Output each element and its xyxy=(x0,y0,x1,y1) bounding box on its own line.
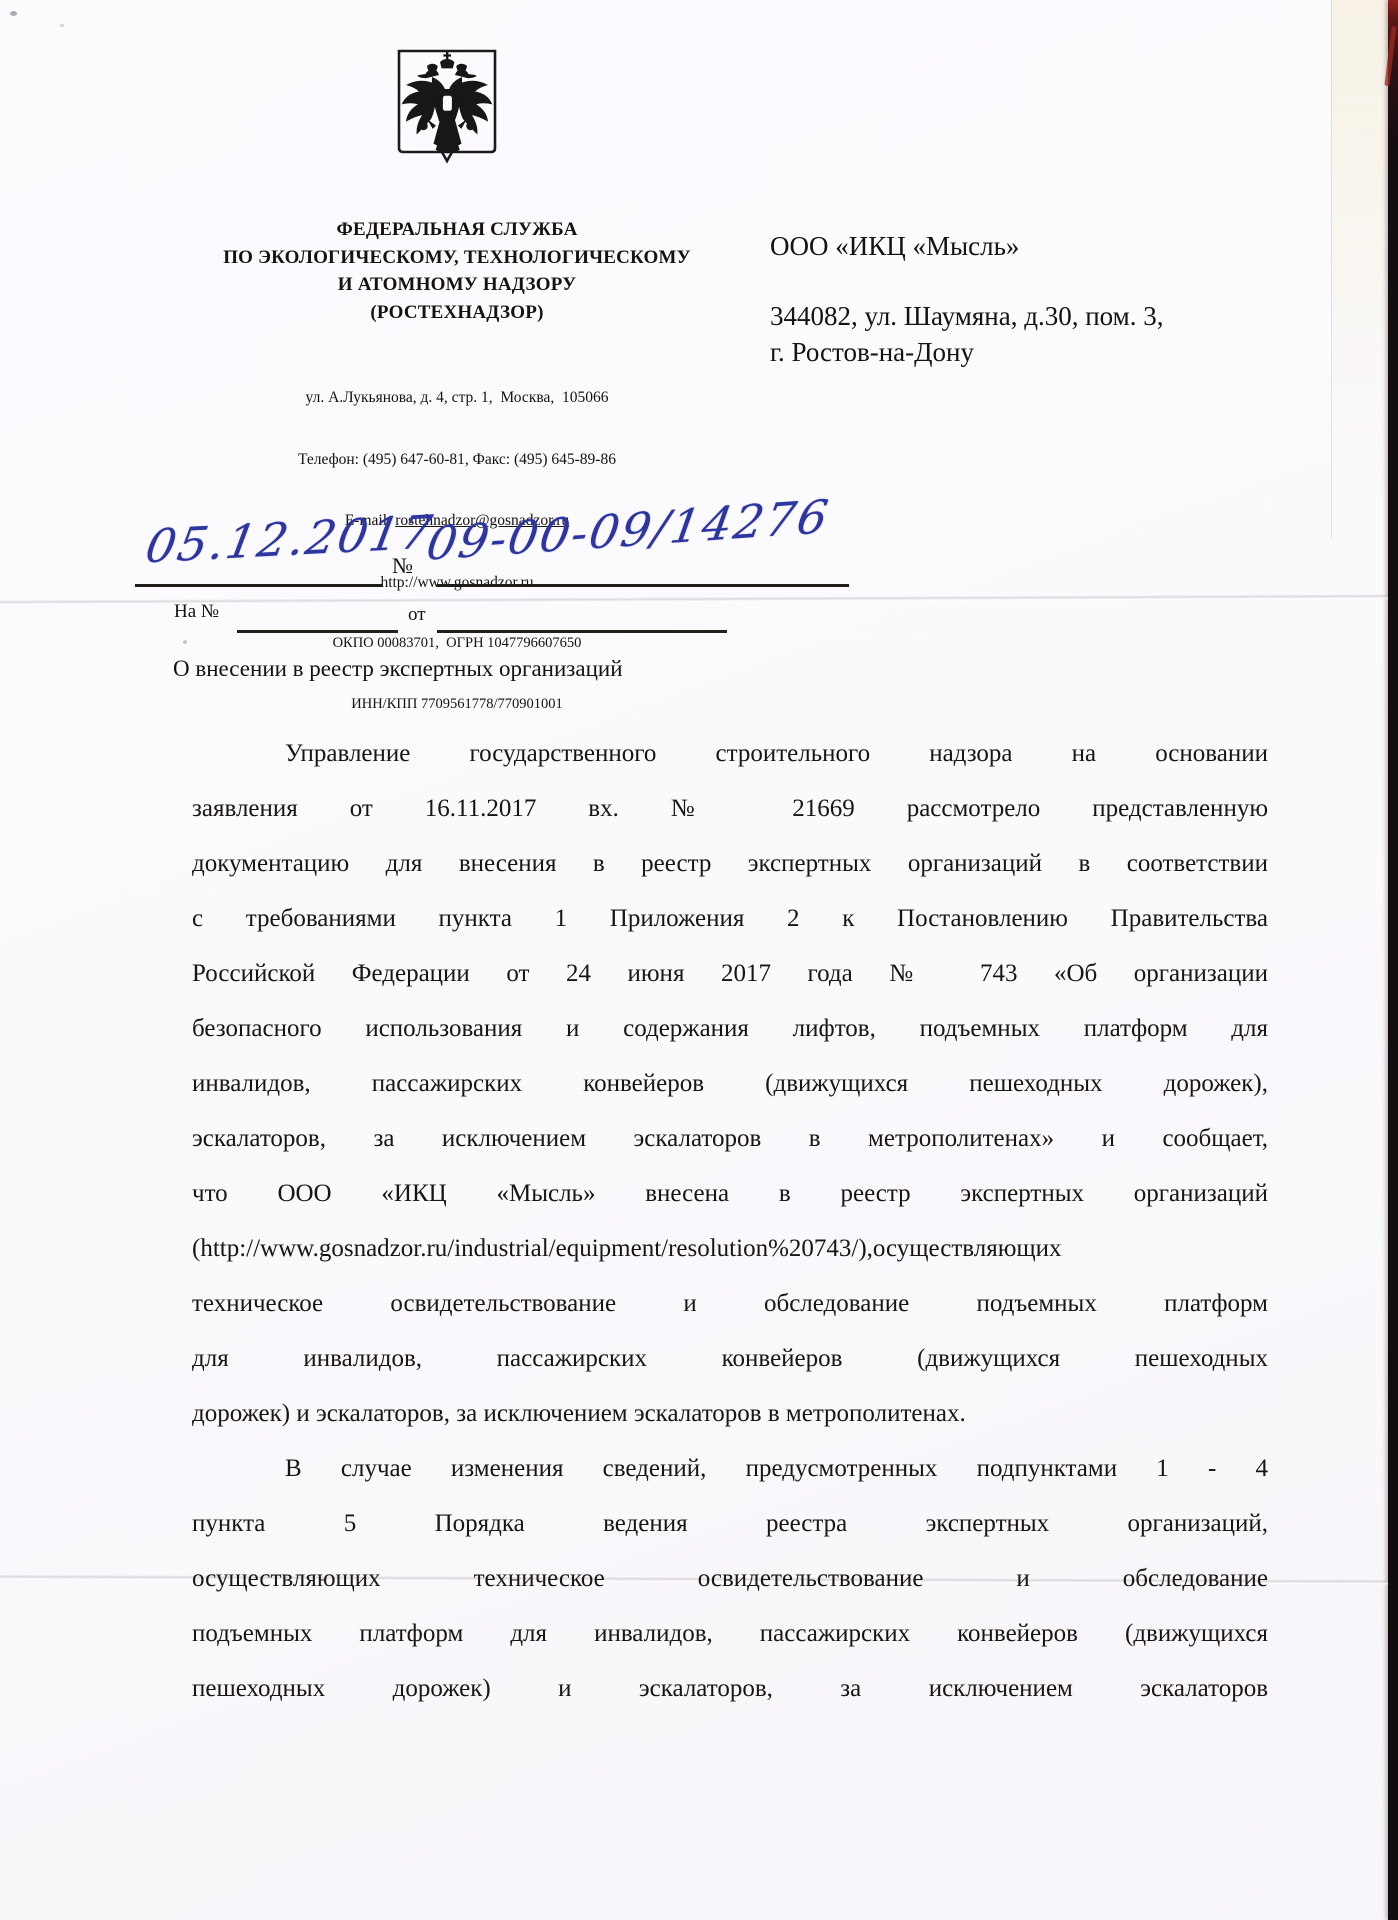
body-line: для инвалидов, пассажирских конвейеров (… xyxy=(192,1331,1268,1386)
body-line: В случае изменения сведений, предусмотре… xyxy=(192,1441,1268,1496)
body-line: осуществляющих техническое освидетельств… xyxy=(192,1551,1268,1606)
body-line: (http://www.gosnadzor.ru/industrial/equi… xyxy=(192,1221,1268,1276)
body-line: инвалидов, пассажирских конвейеров (движ… xyxy=(192,1056,1268,1111)
date-underline xyxy=(135,584,383,587)
agency-name-line: ПО ЭКОЛОГИЧЕСКОМУ, ТЕХНОЛОГИЧЕСКОМУ xyxy=(177,244,737,272)
scan-speck xyxy=(10,11,17,16)
body-line: техническое освидетельствование и обслед… xyxy=(192,1276,1268,1331)
agency-name-line: ФЕДЕРАЛЬНАЯ СЛУЖБА xyxy=(177,216,737,244)
agency-website: http://www.gosnadzor.ru xyxy=(177,573,737,594)
body-line: безопасного использования и содержания л… xyxy=(192,1001,1268,1056)
scan-speck xyxy=(60,24,64,27)
agency-address: ул. А.Лукьянова, д. 4, стр. 1, Москва, 1… xyxy=(177,388,737,409)
coat-of-arms-eagle-icon xyxy=(394,48,500,172)
body-line: что ООО «ИКЦ «Мысль» внесена в реестр эк… xyxy=(192,1166,1268,1221)
reply-to-number-label: На № xyxy=(174,601,219,623)
reply-from-label: от xyxy=(408,604,426,626)
reply-date-blank-line xyxy=(437,630,727,633)
recipient-name: ООО «ИКЦ «Мысль» xyxy=(770,231,1240,262)
body-line: дорожек) и эскалаторов, за исключением э… xyxy=(192,1386,1268,1441)
recipient-address-line: 344082, ул. Шаумяна, д.30, пом. 3, xyxy=(770,298,1240,334)
body-line: с требованиями пункта 1 Приложения 2 к П… xyxy=(192,891,1268,946)
recipient-city: г. Ростов-на-Дону xyxy=(770,334,1240,370)
letter-body: Управление государственного строительног… xyxy=(192,726,1268,1716)
number-underline xyxy=(437,584,849,587)
scan-edge-shadow xyxy=(1388,0,1398,1920)
recipient-block: ООО «ИКЦ «Мысль» 344082, ул. Шаумяна, д.… xyxy=(770,231,1240,370)
body-line: подъемных платформ для инвалидов, пассаж… xyxy=(192,1606,1268,1661)
body-line: документацию для внесения в реестр экспе… xyxy=(192,836,1268,891)
body-line: Управление государственного строительног… xyxy=(192,726,1268,781)
body-line: эскалаторов, за исключением эскалаторов … xyxy=(192,1111,1268,1166)
agency-name-line: И АТОМНОМУ НАДЗОРУ xyxy=(177,271,737,299)
agency-okpo-ogrn: ОКПО 00083701, ОГРН 1047796607650 xyxy=(177,634,737,654)
agency-short-name: (РОСТЕХНАДЗОР) xyxy=(177,299,737,327)
body-line: пункта 5 Порядка ведения реестра эксперт… xyxy=(192,1496,1268,1551)
reply-number-blank-line xyxy=(237,630,398,633)
agency-phone-fax: Телефон: (495) 647-60-81, Факс: (495) 64… xyxy=(177,450,737,471)
body-line: заявления от 16.11.2017 вх. № 21669 расс… xyxy=(192,781,1268,836)
body-line: Российской Федерации от 24 июня 2017 год… xyxy=(192,946,1268,1001)
paper-edge-band xyxy=(1331,0,1388,540)
body-line: пешеходных дорожек) и эскалаторов, за ис… xyxy=(192,1661,1268,1716)
letter-subject: О внесении в реестр экспертных организац… xyxy=(173,656,623,682)
agency-inn-kpp: ИНН/КПП 7709561778/770901001 xyxy=(177,695,737,715)
scanned-letter-page: ФЕДЕРАЛЬНАЯ СЛУЖБА ПО ЭКОЛОГИЧЕСКОМУ, ТЕ… xyxy=(0,0,1398,1920)
number-sign: № xyxy=(392,553,413,579)
